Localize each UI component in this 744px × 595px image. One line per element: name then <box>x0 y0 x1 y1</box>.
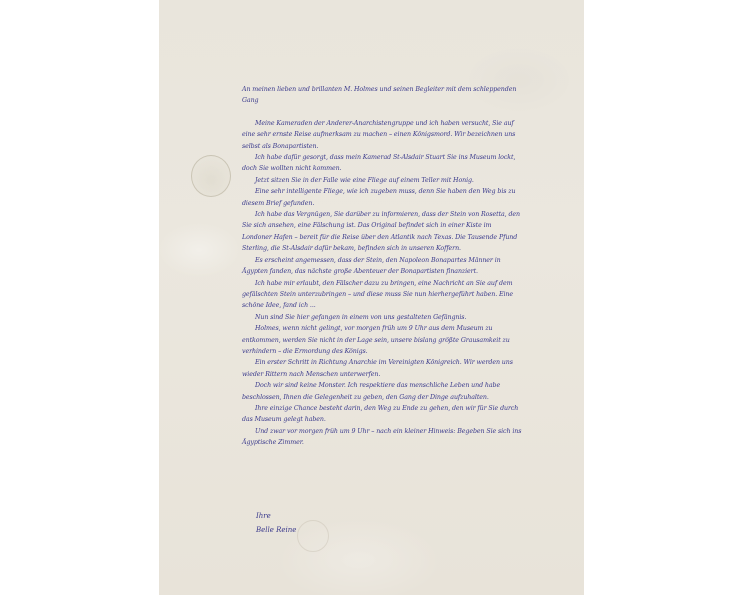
letter-paragraph: Ich habe mir erlaubt, den Fälscher dazu … <box>242 278 522 312</box>
document-viewer: An meinen lieben und brillanten M. Holme… <box>0 0 744 595</box>
signature: Belle Reine <box>256 523 296 537</box>
letter-paragraph: Meine Kameraden der Anderer-Anarchisteng… <box>242 118 522 152</box>
letter-salutation: An meinen lieben und brillanten M. Holme… <box>242 84 522 107</box>
letter-paragraph: Ich habe dafür gesorgt, dass mein Kamera… <box>242 152 522 175</box>
letter-page: An meinen lieben und brillanten M. Holme… <box>159 0 584 595</box>
letter-paragraph: Doch wir sind keine Monster. Ich respekt… <box>242 380 522 403</box>
letter-paragraph: Eine sehr intelligente Fliege, wie ich z… <box>242 186 522 209</box>
letter-paragraph: Holmes, wenn nicht gelingt, vor morgen f… <box>242 323 522 357</box>
valediction: Ihre <box>256 509 296 523</box>
faint-stain <box>297 520 329 552</box>
letter-paragraph: Ihre einzige Chance besteht darin, den W… <box>242 403 522 426</box>
coffee-stain <box>191 155 231 197</box>
letter-body: An meinen lieben und brillanten M. Holme… <box>242 84 522 449</box>
letter-paragraph: Nun sind Sie hier gefangen in einem von … <box>242 312 522 323</box>
letter-paragraph: Und zwar vor morgen früh um 9 Uhr – nach… <box>242 426 522 449</box>
letter-paragraph: Ich habe das Vergnügen, Sie darüber zu i… <box>242 209 522 255</box>
letter-paragraph: Es erscheint angemessen, dass der Stein,… <box>242 255 522 278</box>
letter-closing: Ihre Belle Reine <box>256 509 296 537</box>
letter-paragraph: Ein erster Schritt in Richtung Anarchie … <box>242 357 522 380</box>
letter-paragraph: Jetzt sitzen Sie in der Falle wie eine F… <box>242 175 522 186</box>
